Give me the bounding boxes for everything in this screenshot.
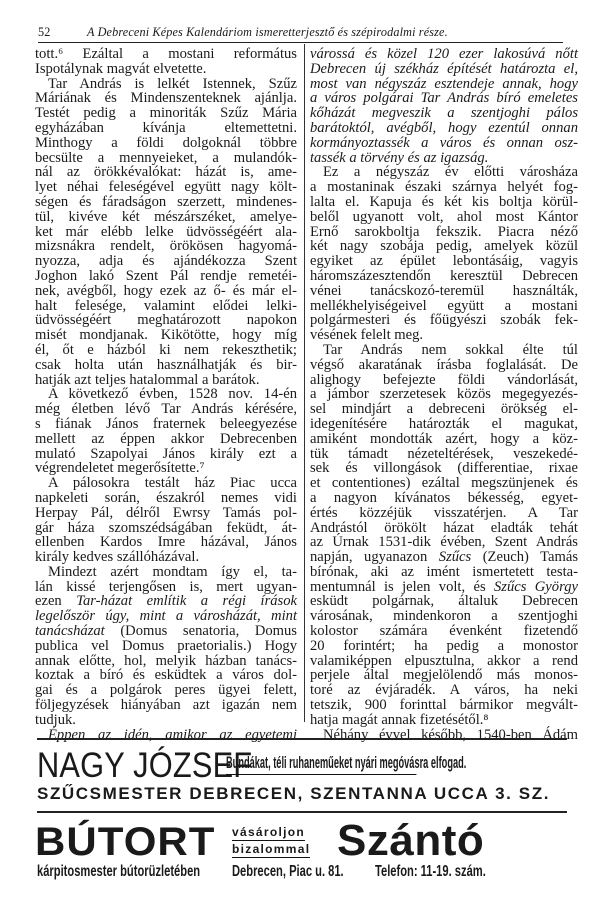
right-text-column: várossá és közel 120 ezer lakosúvá nőttD… [310,47,578,742]
ad-furrier-address: SZŰCSMESTER DEBRECEN, SZENTANNA UCCA 3. … [37,784,550,804]
text-line: amiként mondották azért, hogy a köz- [310,432,578,447]
running-title: A Debreceni Képes Kalendáriom ismeretter… [87,25,448,40]
left-text-column: tott.⁶ Ezáltal a mostani reformátusIspot… [35,47,297,742]
text-line: Ez a négyszáz év előtti városháza [310,165,578,180]
text-line: kolostor számára évenként fizetendő [310,624,578,639]
ad-top-rule [37,738,567,740]
text-line: Minthogy a földi dolgoknál többre [35,136,297,151]
text-line: király kedves szállóházával. [35,550,297,565]
ad-separator-rule [37,811,567,813]
text-line: lalta el. Kapuja és két kis boltja körül… [310,195,578,210]
text-line: bírónak, aki az imént ismertetett testa- [310,565,578,580]
text-line: a jámbor szerzetesek közös megegyezés- [310,387,578,402]
text-line: et contentiones) ezáltal megszünjenek és [310,476,578,491]
ad-furniture-slogan-line2: bizalommal [232,841,310,858]
text-line: idegenítésére határozták el magukat, [310,417,578,432]
text-line: sek és villongások (differentiae, rixae [310,461,578,476]
text-line: értés közzéjük visszatérjen. A Tar [310,506,578,521]
text-line: legelőször úgy, mint a városházát, mint [35,609,297,624]
text-line: kőházát megveszik a szentjoghi pálos [310,106,578,121]
text-line: Ernő sarokboltja fekszik. Piacra néző [310,225,578,240]
text-line: valamiképpen elpusztulna, akkor a rend [310,654,578,669]
text-line: ségen és fáradságon szerzett, mindenes- [35,195,297,210]
text-line: végső akaratának írásba foglalását. De [310,358,578,373]
text-line: belől ugyanott volt, ahol most Kántor [310,210,578,225]
text-line: Máriának és Mindenszenteknek ajánlja. [35,91,297,106]
text-line: egyiket az épület lebontásáig, vagyis [310,254,578,269]
text-line: Testét pedig a minoriták Szűz Mária [35,106,297,121]
text-line: kormányoztassék a város és onnan osz- [310,136,578,151]
text-line: lán kissé terjengősen is, mert ugyan- [35,580,297,595]
text-line: vésének felelt meg. [310,328,578,343]
running-header: 52 A Debreceni Képes Kalendáriom ismeret… [38,24,563,43]
text-line: Tar András nem sokkal élte túl [310,343,578,358]
text-line: Mindezt azért mondtam így el, ta- [35,565,297,580]
text-line: misét mondjanak. Kikötötte, hogy míg [35,328,297,343]
text-line: él, őt e házból ki nem rekeszthetik; [35,343,297,358]
text-line: s fiának János fraternek beleegyezése [35,417,297,432]
ad-furniture-shop-name: Szántó [337,820,484,862]
text-line: ket már elébb lelke üdvösségéért ala- [35,225,297,240]
text-line: sel mindjárt a debreceni örökség el- [310,402,578,417]
text-line: mentumnál is jelen volt, és Szűcs György [310,580,578,595]
text-line: tetszik, 900 forinttal bármikor megvált- [310,698,578,713]
text-line: tassék a törvény és az igazság. [310,151,578,166]
text-line: mellékhelyiségeivel együtt a mostani [310,299,578,314]
text-line: nek, avégből, hogy ezek az ő- és már el- [35,284,297,299]
text-line: vénei tanácskozó-teremül használták, [310,284,578,299]
text-line: Herpay Pál, délről Ewrsy Tamás pol- [35,506,297,521]
text-line: 20 forintért; ha pedig a monostor [310,639,578,654]
text-line: napján, ugyanazon Szűcs (Zeuch) Tamás [310,550,578,565]
text-line: becsülte a mennyeieket, a mulandók- [35,151,297,166]
text-line: városának, mindenkoron a szentjoghi [310,609,578,624]
text-line: hatja magát annak fizetésétől.⁸ [310,713,578,728]
page-number: 52 [38,25,51,40]
text-line: gár háza szomszédságában feküdt, át- [35,521,297,536]
text-line: gai és a polgárok peres ügyei felett, [35,683,297,698]
text-line: toré az évjáradék. A város, ha neki [310,683,578,698]
text-line: napkeleti során, északról nemes vidi [35,491,297,506]
text-line: nyozza, adja és ajándékozza Szent [35,254,297,269]
text-line: tanácsházat (Domus senatoria, Domus [35,624,297,639]
text-line: ezen Tar-házat említik a régi írások [35,594,297,609]
ad-furniture-trade: kárpitosmester bútorüzletében [37,862,200,882]
text-line: Debrecen új székház építését határozta e… [310,62,578,77]
ad-furniture-phone: Telefon: 11-19. szám. [375,862,486,882]
text-line: annak előtte, hol, melyik házban tanács- [35,654,297,669]
text-line: Ispotálynak magvát elvetette. [35,62,297,77]
text-line: alighogy befejezte földi vándorlását, [310,373,578,388]
text-line: nál az örökkévalókat: házát is, ame- [35,165,297,180]
ad-furniture-slogan-line1: vásároljon [232,824,305,841]
text-line: mizsnákra rendelt, örökösen hagyomá- [35,239,297,254]
ad-furniture-slogan: vásároljon bizalommal [232,824,326,858]
text-line: egyházában kívánja eltemettetni. [35,121,297,136]
text-line: esküdt polgárnak, általuk Debrecen [310,594,578,609]
ad-furniture-address: Debrecen, Piac u. 81. [232,862,344,882]
text-line: polgármesteri és főügyészi szobák fek- [310,313,578,328]
text-line: ellenben Kardos Imre házával, János [35,535,297,550]
text-line: az Úrnak 1531-dik évében, Szent András [310,535,578,550]
text-line: most van négyszáz esztendeje annak, hogy [310,77,578,92]
text-line: barátoktól, avégből, hogy ezentúl onnan [310,121,578,136]
text-line: lyet néhai feleségével együtt nagy költ- [35,180,297,195]
ad-furniture-headline: BÚTORT [35,823,216,861]
column-divider [304,44,305,722]
text-line: csak holta után használhatják és bir- [35,358,297,373]
text-line: halt felesége, valamint elődei lelki- [35,299,297,314]
text-line: háromszázesztendőn keresztül Debrecen [310,269,578,284]
text-line: mellett az éppen akkor Debrecenben [35,432,297,447]
text-line: Tar András is lelkét Istennek, Szűz [35,77,297,92]
text-line: Joghon lakó Szent Pál rendje remetéi- [35,269,297,284]
text-line: perjele által megjelölendő más monos- [310,668,578,683]
text-line: üdvösségéért meghatározott napokon [35,313,297,328]
text-line: várossá és közel 120 ezer lakosúvá nőtt [310,47,578,62]
text-line: a mostaninak északi szárnya helyét fog- [310,180,578,195]
text-line: mulató Szapolyai János király ezt a [35,447,297,462]
text-line: a város polgárai Tar András bíró emelete… [310,91,578,106]
text-line: még életben lévő Tar András kérésére, [35,402,297,417]
text-line: koztak a bíró és esküdtek a város dol- [35,668,297,683]
text-line: a nagyon kívánatos békesség, egyet- [310,491,578,506]
ad-furrier-tagline: Bundákat, téli ruhaneműeket nyári megóvá… [226,752,416,775]
text-line: két nagy szobája pedig, amelyek közül [310,239,578,254]
text-line: Néhány évvel később, 1540-ben Ádám [310,728,578,743]
text-line: A pálosokra testált ház Piac ucca [35,476,297,491]
text-line: tott.⁶ Ezáltal a mostani református [35,47,297,62]
text-line: tül, kivéve két mészárszéket, amelye- [35,210,297,225]
text-line: tudjuk. [35,713,297,728]
text-line: publica vel Domus praetorialis.) Hogy [35,639,297,654]
ad-furrier-name: NAGY JÓZSEF [37,748,252,784]
text-line: tük támadt nézeteltérések, veszekedé- [310,447,578,462]
text-line: végrendeletet megerősítette.⁷ [35,461,297,476]
text-line: Éppen az idén, amikor az egyetemi [35,728,297,743]
text-line: A következő évben, 1528 nov. 14-én [35,387,297,402]
text-line: hatják azt teljes hatalommal a barátok. [35,373,297,388]
text-line: följegyzések hiányában azt igazán nem [35,698,297,713]
